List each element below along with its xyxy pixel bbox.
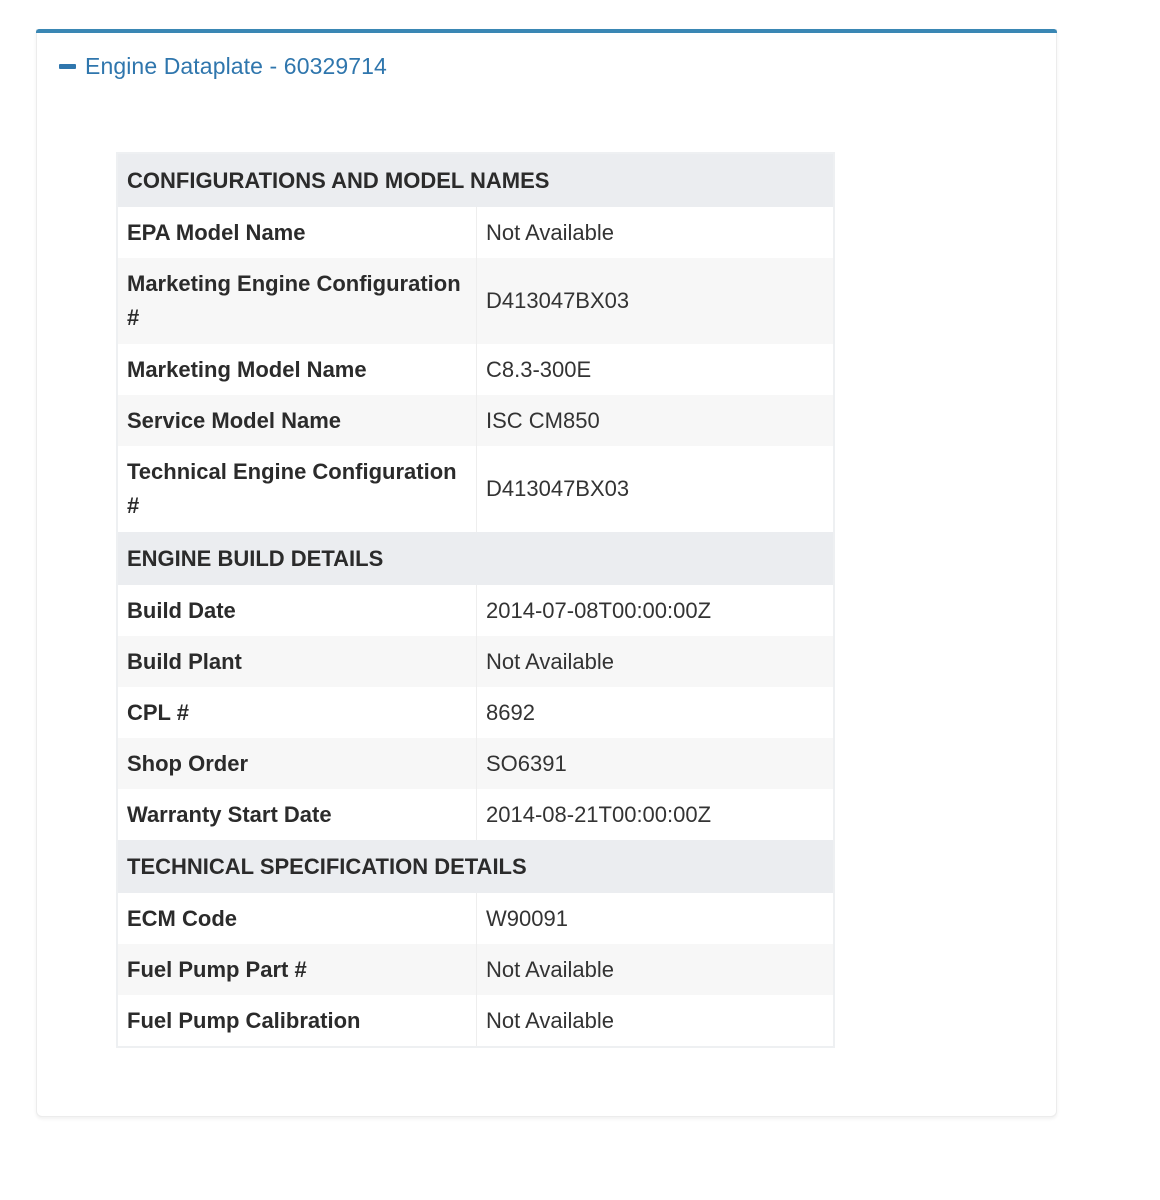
row-label: Fuel Pump Part #: [117, 944, 477, 995]
table-row: Build PlantNot Available: [117, 636, 834, 687]
table-row: Fuel Pump Part #Not Available: [117, 944, 834, 995]
section-header: CONFIGURATIONS AND MODEL NAMES: [117, 153, 834, 207]
section-title: TECHNICAL SPECIFICATION DETAILS: [117, 840, 834, 893]
table-row: Shop OrderSO6391: [117, 738, 834, 789]
row-value: SO6391: [477, 738, 835, 789]
row-label: Build Date: [117, 585, 477, 636]
table-row: Build Date2014-07-08T00:00:00Z: [117, 585, 834, 636]
section-header: TECHNICAL SPECIFICATION DETAILS: [117, 840, 834, 893]
row-label: ECM Code: [117, 893, 477, 944]
table-row: ECM CodeW90091: [117, 893, 834, 944]
panel-title[interactable]: Engine Dataplate - 60329714: [85, 53, 387, 80]
row-value: D413047BX03: [477, 258, 835, 344]
row-value: ISC CM850: [477, 395, 835, 446]
panel-collapse-toggle[interactable]: Engine Dataplate - 60329714: [59, 53, 387, 80]
row-value: Not Available: [477, 207, 835, 258]
row-value: Not Available: [477, 636, 835, 687]
table-row: Warranty Start Date2014-08-21T00:00:00Z: [117, 789, 834, 840]
row-value: 2014-08-21T00:00:00Z: [477, 789, 835, 840]
row-label: Marketing Model Name: [117, 344, 477, 395]
row-value: C8.3-300E: [477, 344, 835, 395]
row-label: Marketing Engine Configuration #: [117, 258, 477, 344]
row-value: 8692: [477, 687, 835, 738]
table-row: Technical Engine Configuration #D413047B…: [117, 446, 834, 532]
row-label: Service Model Name: [117, 395, 477, 446]
minus-icon[interactable]: [59, 64, 76, 69]
section-header: ENGINE BUILD DETAILS: [117, 532, 834, 585]
row-label: Fuel Pump Calibration: [117, 995, 477, 1047]
row-value: 2014-07-08T00:00:00Z: [477, 585, 835, 636]
table-row: Marketing Engine Configuration #D413047B…: [117, 258, 834, 344]
row-label: Shop Order: [117, 738, 477, 789]
row-label: Warranty Start Date: [117, 789, 477, 840]
panel-accent-bar: [36, 29, 1057, 33]
row-label: Technical Engine Configuration #: [117, 446, 477, 532]
section-title: CONFIGURATIONS AND MODEL NAMES: [117, 153, 834, 207]
section-title: ENGINE BUILD DETAILS: [117, 532, 834, 585]
table-row: CPL #8692: [117, 687, 834, 738]
engine-dataplate-panel: Engine Dataplate - 60329714 CONFIGURATIO…: [36, 29, 1057, 1117]
row-value: Not Available: [477, 995, 835, 1047]
dataplate-table: CONFIGURATIONS AND MODEL NAMESEPA Model …: [116, 152, 835, 1048]
row-value: D413047BX03: [477, 446, 835, 532]
row-value: W90091: [477, 893, 835, 944]
table-row: Marketing Model NameC8.3-300E: [117, 344, 834, 395]
table-row: Service Model NameISC CM850: [117, 395, 834, 446]
table-row: EPA Model NameNot Available: [117, 207, 834, 258]
row-label: EPA Model Name: [117, 207, 477, 258]
row-label: Build Plant: [117, 636, 477, 687]
table-row: Fuel Pump CalibrationNot Available: [117, 995, 834, 1047]
row-value: Not Available: [477, 944, 835, 995]
row-label: CPL #: [117, 687, 477, 738]
